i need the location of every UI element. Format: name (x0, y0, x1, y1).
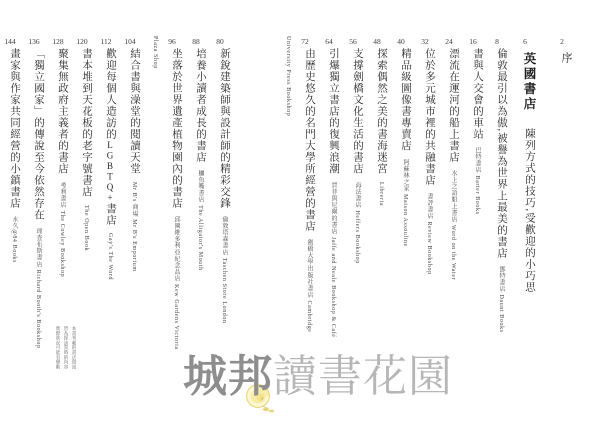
shop-name: 鄧特書店 Daunt Books (498, 266, 504, 333)
page-number: 72 (297, 36, 313, 48)
toc-entry: 64引爆獨立書店的復興浪潮賈菲與尼爾的書店 Jaffe and Neale Bo… (321, 36, 345, 328)
entry-title: 聚集無政府主義者的書店 (57, 48, 68, 175)
page-number: 2 (554, 36, 570, 48)
footnote: 本書刊載的書店資訊 皆為採訪當時的內容 實際狀況可能有變動 (54, 326, 78, 369)
page-number: 48 (369, 36, 385, 48)
entry-title: 精品級圖像書專賣店 (400, 48, 411, 152)
shop-name: 書評書店 Review Bookshop (426, 193, 432, 275)
entry-title: 位於多元城市裡的共融書店 (424, 48, 435, 186)
shop-name-continued: Plaza Shop (152, 36, 158, 69)
toc-left-page: 80新銳建築師與設計師的精彩交鋒倫敦塔森書店 Taschen Store Lon… (0, 36, 236, 340)
page-number: 40 (393, 36, 409, 48)
page-number: 88 (188, 36, 204, 48)
shop-name: 阿蘇林之家 Maison Assouline (402, 159, 408, 247)
preface-label: 序 (560, 52, 572, 64)
entry-title: 畫家與作家共同經營的小鎮書店 (9, 48, 20, 209)
toc-entry: 32位於多元城市裡的共融書店書評書店 Review Bookshop (417, 36, 441, 328)
section-subtitle: 陳列方式的技巧,受歡迎的小巧思 (524, 128, 535, 293)
toc-entry: 72由歷史悠久的名門大學所經營的書店劍橋大學出版社書店 CambridgeUni… (279, 36, 321, 328)
toc-entry: 152宛如父子的二人共同打造的書店伯利費雪書店 Burley Fisher Bo… (0, 36, 2, 340)
toc-entry: 96坐落於世界遺產植物園內的書店邱園維多利亞紀念品店 Kew Gardens V… (146, 36, 188, 340)
shop-name: 永久@84 Books (11, 216, 17, 263)
page-number: 8 (489, 36, 505, 48)
entry-title: 引爆獨立書店的復興浪潮 (328, 48, 339, 175)
entry-title: 「獨立國家」的傳說至今依然存在 (33, 48, 44, 221)
shop-name: 鱷魚嘴書店 The Alligator's Mouth (197, 170, 203, 271)
section-title: 英國書店 (522, 52, 536, 112)
toc-entry: 104結合書與澡堂的閱讀天堂Mr B's 商場 Mr B's Emporium (122, 36, 146, 340)
toc-entry: 136「獨立國家」的傳說至今依然存在理查布斯書店 Richard Booth's… (26, 36, 50, 340)
entry-title: 支撐劍橋文化生活的書店 (352, 48, 363, 175)
entry-title: 結合書與澡堂的閱讀天堂 (129, 48, 140, 175)
shop-name: The Open Book (83, 205, 89, 251)
entry-title: 書本堆到天花板的老字號書店 (81, 48, 92, 198)
page-number: 112 (98, 36, 114, 48)
shop-name: 倫敦塔森書店 Taschen Store London (221, 216, 227, 324)
toc-entry: 8倫敦最引以為傲,被譽為世界上最美的書店鄧特書店 Daunt Books (489, 36, 513, 328)
toc-entry: 16書與人交會的車站巴特書店 Barter Books (465, 36, 489, 328)
entry-title: 倫敦最引以為傲,被譽為世界上最美的書店 (496, 48, 507, 259)
toc-entry: 112歡迎每個人造訪的LGBTQ+書店Gay's The Word (98, 36, 122, 340)
watermark-brand: 城邦 (183, 352, 273, 401)
shop-name: 巴特書店 Barter Books (474, 147, 480, 215)
page-number: 64 (321, 36, 337, 48)
shop-name: Gay's The Word (107, 233, 113, 280)
page-number: 80 (212, 36, 228, 48)
footnote-line: 皆為採訪當時的內容 (62, 326, 70, 369)
toc-entry: 40精品級圖像書專賣店阿蘇林之家 Maison Assouline (393, 36, 417, 328)
page-number: 96 (164, 36, 180, 48)
upright-latin: LGBTQ+ (105, 140, 115, 203)
entry-title: 書與人交會的車站 (472, 48, 483, 140)
shop-name: Mr B's 商場 Mr B's Emporium (131, 182, 137, 272)
watermark: 城邦讀書花園 (183, 352, 453, 402)
watermark-slogan: 讀書花園 (273, 352, 453, 401)
page-number: 128 (50, 36, 66, 48)
shop-name: 理查布斯書店 Richard Booth's Bookshop (35, 228, 41, 349)
toc-entry: 120書本堆到天花板的老字號書店The Open Book (74, 36, 98, 340)
entry-title: 新銳建築師與設計師的精彩交鋒 (219, 48, 230, 209)
page-number: 6 (517, 36, 533, 48)
entry-title: 歡迎每個人造訪的LGBTQ+書店 (105, 48, 116, 226)
entry-title: 坐落於世界遺產植物園內的書店 (171, 48, 182, 209)
page-number: 56 (345, 36, 361, 48)
shop-name: 劍橋大學出版社書店 Cambridge (306, 239, 312, 333)
entry-title: 培養小讀者成長的書店 (195, 48, 206, 163)
toc-entry-section: 6 英國書店 陳列方式的技巧,受歡迎的小巧思 (517, 36, 541, 328)
toc-right-page: 2 序 6 英國書店 陳列方式的技巧,受歡迎的小巧思 8倫敦最引以為傲,被譽為世… (279, 36, 578, 328)
book-toc-page: 2 序 6 英國書店 陳列方式的技巧,受歡迎的小巧思 8倫敦最引以為傲,被譽為世… (0, 0, 600, 424)
page-number: 104 (122, 36, 138, 48)
toc-entry: 144畫家與作家共同經營的小鎮書店永久@84 Books (2, 36, 26, 340)
entry-title: 由歷史悠久的名門大學所經營的書店 (304, 48, 315, 232)
footnote-line: 實際狀況可能有變動 (54, 326, 62, 369)
toc-entry: 128聚集無政府主義者的書店考利書店 The Cowley Bookshop (50, 36, 74, 340)
shop-name: 海法書店 Heffers Bookshop (354, 182, 360, 264)
toc-entry: 88培養小讀者成長的書店鱷魚嘴書店 The Alligator's Mouth (188, 36, 212, 340)
toc-entry: 80新銳建築師與設計師的精彩交鋒倫敦塔森書店 Taschen Store Lon… (212, 36, 236, 340)
footnote-line: 本書刊載的書店資訊 (70, 326, 78, 369)
shop-name: 考利書店 The Cowley Bookshop (59, 182, 65, 277)
shop-name: 賈菲與尼爾的書店 Jaffe and Neale Bookshop & Café (330, 182, 336, 338)
entry-title: 漂流在運河的船上書店 (448, 48, 459, 163)
page-number: 16 (465, 36, 481, 48)
shop-name: 水上之語船上書店 Word on the Water (450, 170, 456, 280)
page-number: 136 (26, 36, 42, 48)
toc-entry: 48探索偶然之美的書海迷宮Libreria (369, 36, 393, 328)
page-number: 144 (2, 36, 18, 48)
entry-title: 探索偶然之美的書海迷宮 (376, 48, 387, 175)
shop-name-continued: University Press Bookshop (285, 36, 291, 116)
toc-entry: 56支撐劍橋文化生活的書店海法書店 Heffers Bookshop (345, 36, 369, 328)
page-number: 120 (74, 36, 90, 48)
page-number: 32 (417, 36, 433, 48)
page-number: 24 (441, 36, 457, 48)
toc-entry: 24漂流在運河的船上書店水上之語船上書店 Word on the Water (441, 36, 465, 328)
shop-name: Libreria (378, 182, 384, 206)
shop-name: 邱園維多利亞紀念品店 Kew Gardens Victoria (173, 216, 179, 350)
toc-entry-preface: 2 序 (554, 36, 578, 328)
